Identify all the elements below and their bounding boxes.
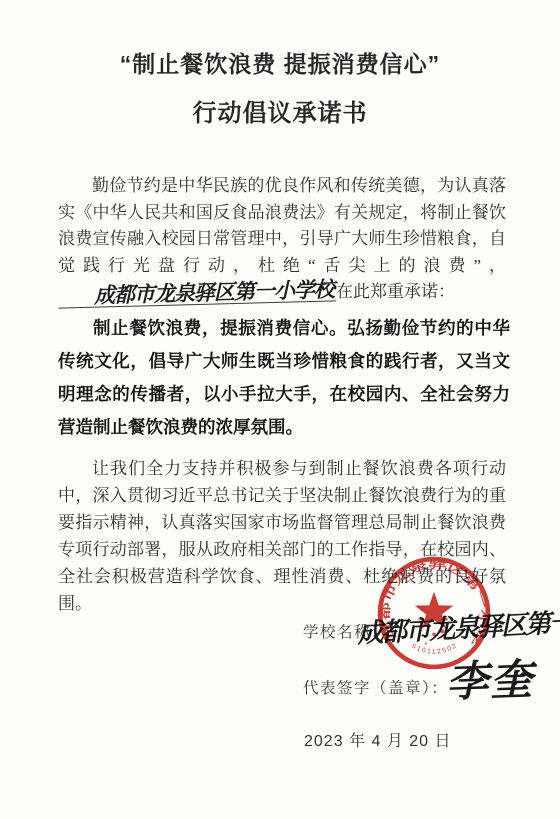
paragraph-intro: 勤俭节约是中华民族的优良作风和传统美德，为认真落实《中华人民共和国反食品浪费法》… [58, 173, 506, 306]
document-title-line2: 行动倡议承诺书 [0, 93, 560, 128]
paragraph-pledge: 制止餐饮浪费，提振消费信心。弘扬勤俭节约的中华传统文化，倡导广大师生既当珍惜粮食… [58, 312, 510, 444]
pledge-document-page: “制止餐饮浪费 提振消费信心” 行动倡议承诺书 勤俭节约是中华民族的优良作风和传… [0, 0, 560, 819]
paragraph-intro-tail: 在此郑重承诺： [336, 282, 455, 301]
representative-sign-label: 代表签字（盖章）： [303, 676, 448, 698]
paragraph-support: 让我们全力支持并积极参与到制止餐饮浪费各项行动中，深入贯彻习近平总书记关于坚决制… [58, 455, 506, 617]
document-date: 2023 年 4 月 20 日 [304, 728, 452, 751]
handwritten-representative-signature: 李奎 [445, 646, 535, 709]
document-title-line1: “制止餐饮浪费 提振消费信心” [0, 46, 560, 79]
paragraph-intro-text: 勤俭节约是中华民族的优良作风和传统美德，为认真落实《中华人民共和国反食品浪费法》… [58, 176, 506, 275]
handwritten-school-name-inline: 成都市龙泉驿区第一小学校 [58, 279, 336, 308]
